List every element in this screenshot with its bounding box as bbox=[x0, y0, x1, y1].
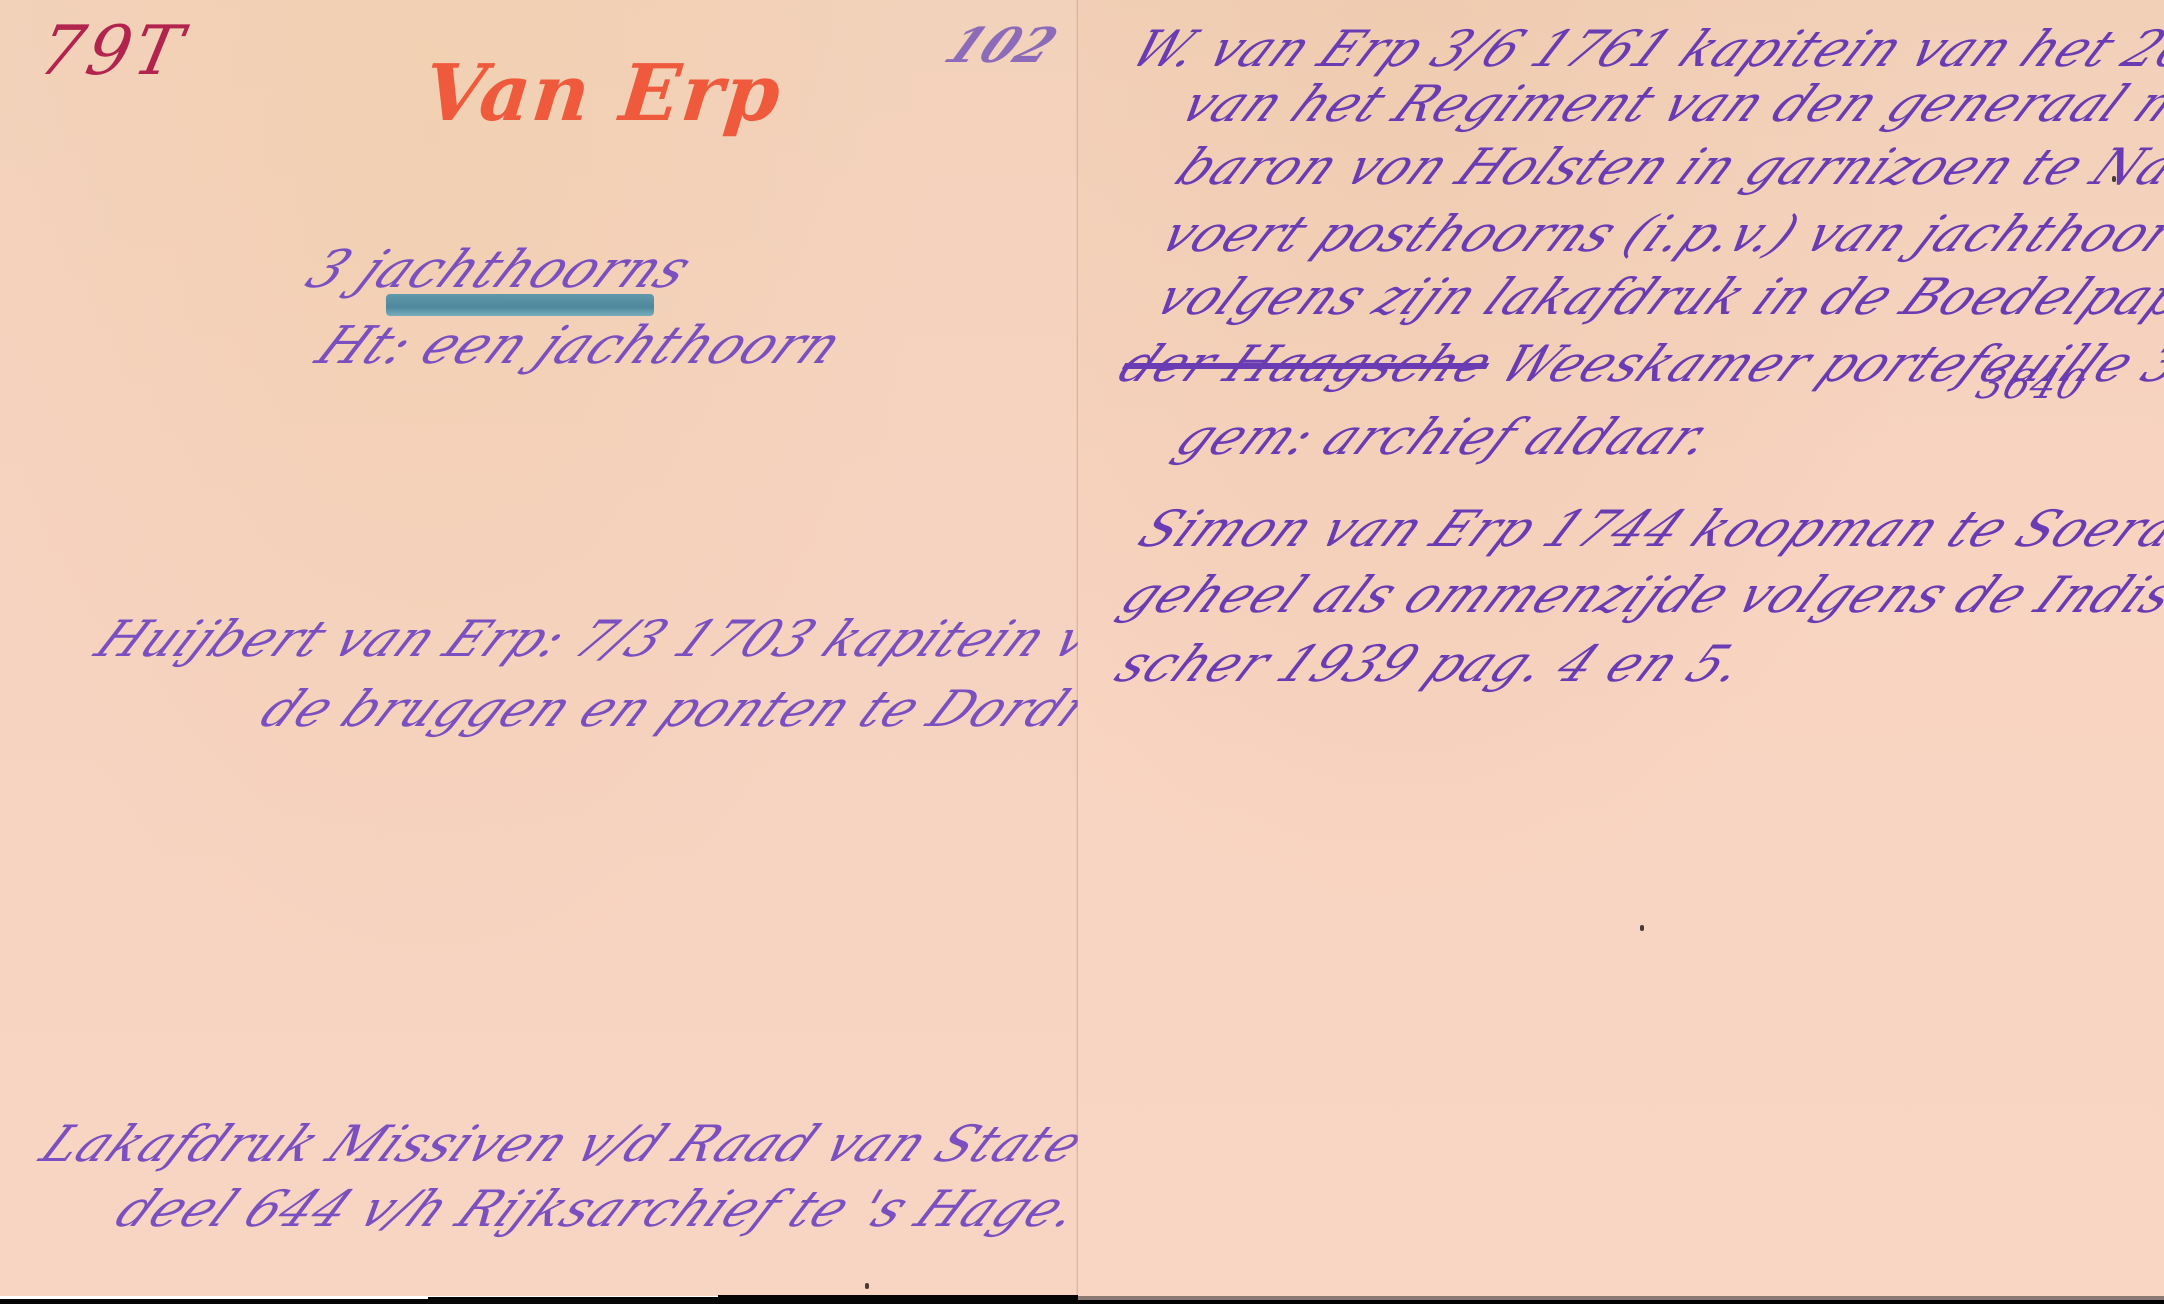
entry-w-van-erp-line-3: baron von Holsten in garnizoen te Namen bbox=[1165, 138, 2164, 196]
entry-w-van-erp-line-7: gem: archief aldaar. bbox=[1165, 408, 1726, 466]
paper-speck bbox=[2112, 176, 2116, 182]
catalog-number: 79T bbox=[32, 12, 193, 91]
surname-heading: Van Erp bbox=[420, 48, 786, 139]
entry-simon-line-1: Simon van Erp 1744 koopman te Soeratte v… bbox=[1128, 500, 2164, 558]
archive-reference-fraction: 3640 bbox=[1970, 362, 2093, 408]
coat-of-arms-description: 3 jachthoorns bbox=[295, 240, 704, 300]
entry-w-van-erp-line-5: volgens zijn lakafdruk in de Boedelpapie… bbox=[1145, 268, 2164, 326]
left-page: 79T Van Erp 102 3 jachthoorns Ht: een ja… bbox=[0, 0, 1078, 1296]
paper-speck bbox=[1640, 925, 1644, 931]
entry-w-van-erp-line-2: van het Regiment van den generaal majoor bbox=[1170, 75, 2164, 133]
scan-edge-black bbox=[718, 1295, 1078, 1304]
source-note-line-1: Lakafdruk Missiven v/d Raad van State bbox=[30, 1115, 1096, 1173]
entry-simon-line-2: geheel als ommenzijde volgens de Indisch… bbox=[1110, 566, 2164, 624]
entry-huijbert-line-1: Huijbert van Erp: 7/3 1703 kapitein van bbox=[85, 610, 1169, 668]
blue-pencil-underline bbox=[386, 294, 654, 316]
entry-w-van-erp-line-4: voert posthoorns (i.p.v.) van jachthoorn… bbox=[1150, 205, 2164, 263]
page-number: 102 bbox=[935, 18, 1068, 74]
source-note-line-2: deel 644 v/h Rijksarchief te 's Hage. bbox=[105, 1180, 1094, 1238]
entry-w-van-erp-line-1: W. van Erp 3/6 1761 kapitein van het 2e … bbox=[1120, 20, 2164, 78]
paper-speck bbox=[865, 1283, 869, 1289]
scanned-document-spread: 79T Van Erp 102 3 jachthoorns Ht: een ja… bbox=[0, 0, 2164, 1304]
scan-edge-black bbox=[428, 1297, 718, 1304]
crest-description: Ht: een jachthoorn bbox=[305, 316, 855, 376]
entry-huijbert-line-2: de bruggen en ponten te Dordrecht bbox=[250, 680, 1219, 738]
entry-simon-line-3: scher 1939 pag. 4 en 5. bbox=[1105, 635, 1759, 693]
struck-through-text: der Haagsche bbox=[1108, 335, 1506, 393]
